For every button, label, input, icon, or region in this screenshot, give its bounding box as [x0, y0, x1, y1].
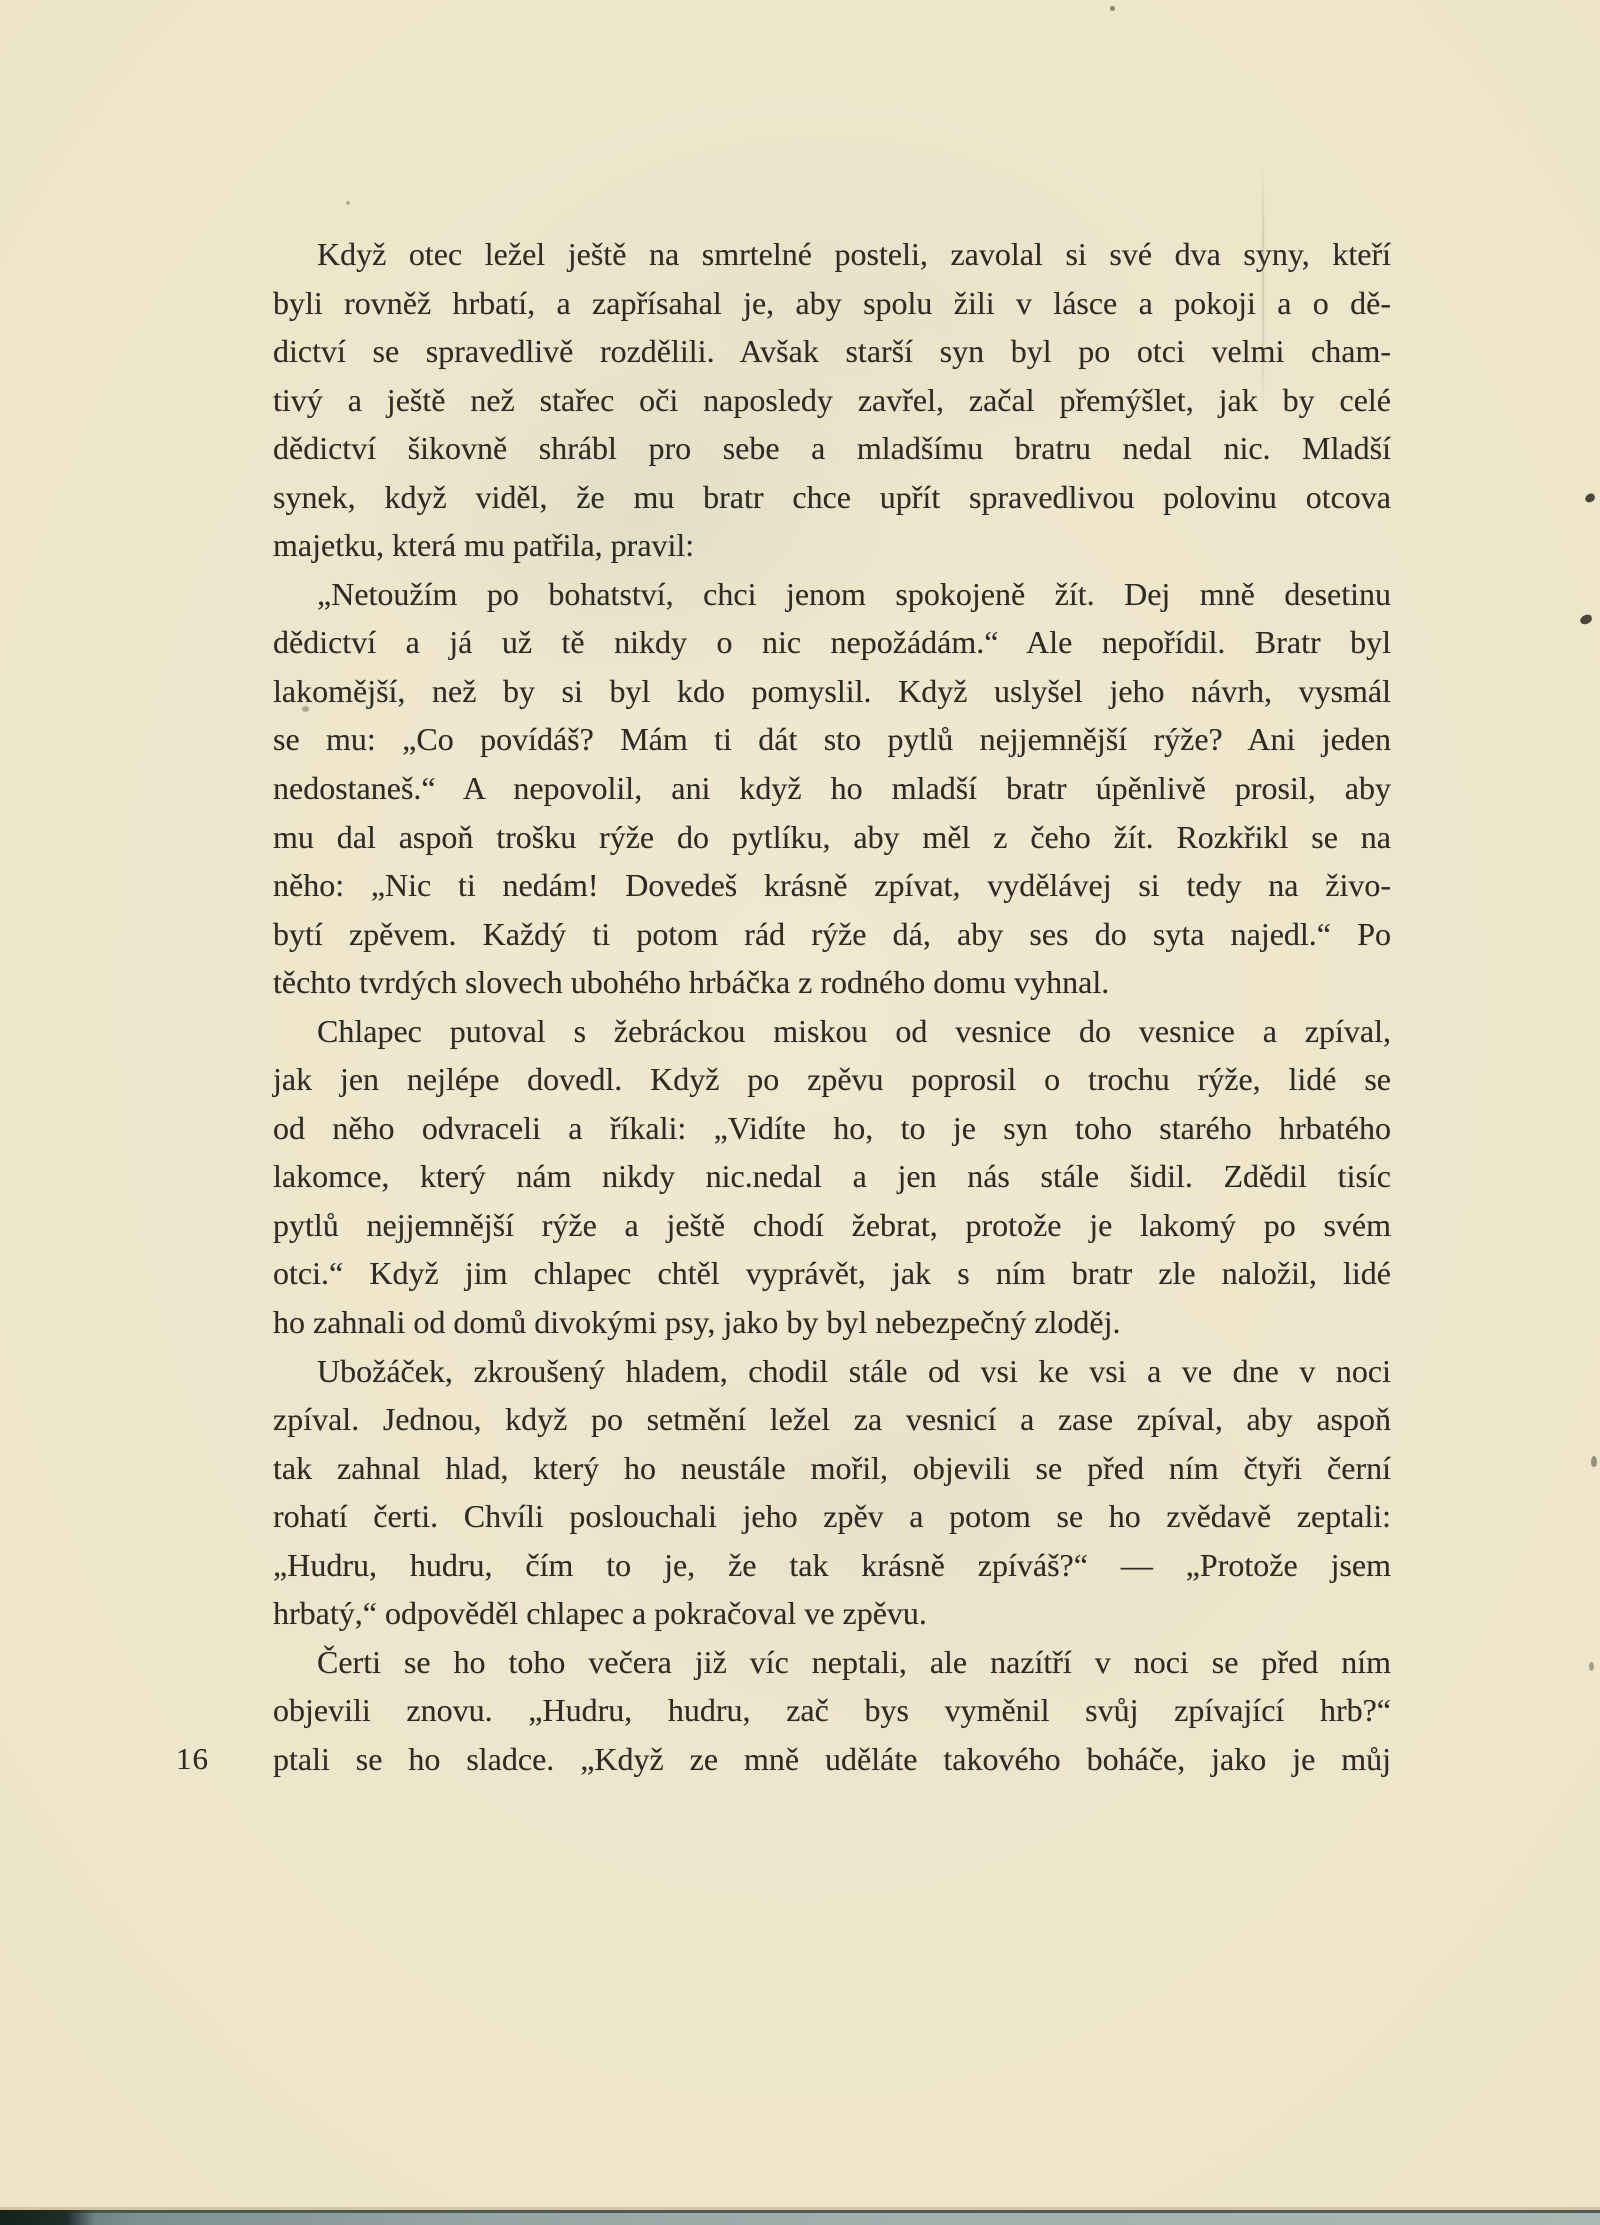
text-line: objevili znovu. „Hudru, hudru, zač bys v…: [273, 1686, 1391, 1735]
paper-speck: [302, 706, 309, 712]
text-line: jak jen nejlépe dovedl. Když po zpěvu po…: [273, 1055, 1391, 1104]
text-line: dictví se spravedlivě rozdělili. Avšak s…: [273, 327, 1391, 376]
text-line: dědictví šikovně shrábl pro sebe a mladš…: [273, 424, 1391, 473]
text-line: něho: „Nic ti nedám! Dovedeš krásně zpív…: [273, 861, 1391, 910]
text-line: hrbatý,“ odpověděl chlapec a pokračoval …: [273, 1589, 1391, 1638]
text-line: byli rovněž hrbatí, a zapřísahal je, aby…: [273, 279, 1391, 328]
text-line: pytlů nejjemnější rýže a ještě chodí žeb…: [273, 1201, 1391, 1250]
text-line: nedostaneš.“ A nepovolil, ani když ho ml…: [273, 764, 1391, 813]
text-line: „Netoužím po bohatství, chci jenom spoko…: [273, 570, 1391, 619]
text-line: zpíval. Jednou, když po setmění ležel za…: [273, 1395, 1391, 1444]
text-line: Chlapec putoval s žebráckou miskou od ve…: [273, 1007, 1391, 1056]
text-line: synek, když viděl, že mu bratr chce upří…: [273, 473, 1391, 522]
text-line: mu dal aspoň trošku rýže do pytlíku, aby…: [273, 813, 1391, 862]
text-line: „Hudru, hudru, čím to je, že tak krásně …: [273, 1541, 1391, 1590]
page-number: 16: [176, 1741, 209, 1777]
paper-crease: [1262, 165, 1264, 420]
text-line: Ubožáček, zkroušený hladem, chodil stále…: [273, 1347, 1391, 1396]
text-line: se mu: „Co povídáš? Mám ti dát sto pytlů…: [273, 715, 1391, 764]
text-line: Čerti se ho toho večera již víc neptali,…: [273, 1638, 1391, 1687]
paper-speck: [346, 201, 350, 205]
text-line: tak zahnal hlad, který ho neustále mořil…: [273, 1444, 1391, 1493]
text-line: těchto tvrdých slovech ubohého hrbáčka z…: [273, 958, 1391, 1007]
text-line: od něho odvraceli a říkali: „Vidíte ho, …: [273, 1104, 1391, 1153]
paper-speck: [1589, 1662, 1594, 1671]
scan-edge-strip: [0, 2210, 1600, 2225]
text-line: tivý a ještě než stařec oči naposledy za…: [273, 376, 1391, 425]
text-line: otci.“ Když jim chlapec chtěl vyprávět, …: [273, 1249, 1391, 1298]
text-line: dědictví a já už tě nikdy o nic nepožádá…: [273, 618, 1391, 667]
paper-speck: [1591, 1456, 1597, 1467]
paper-speck: [1110, 6, 1115, 11]
text-line: lakomce, který nám nikdy nic.nedal a jen…: [273, 1152, 1391, 1201]
text-line: ho zahnali od domů divokými psy, jako by…: [273, 1298, 1391, 1347]
book-page: Když otec ležel ještě na smrtelné postel…: [0, 0, 1600, 2225]
paper-speck: [1584, 492, 1596, 503]
scan-edge-dark-corner: [0, 2210, 95, 2225]
text-line: lakomější, než by si byl kdo pomyslil. K…: [273, 667, 1391, 716]
text-line: bytí zpěvem. Každý ti potom rád rýže dá,…: [273, 910, 1391, 959]
text-line: Když otec ležel ještě na smrtelné postel…: [273, 230, 1391, 279]
text-line: rohatí čerti. Chvíli poslouchali jeho zp…: [273, 1492, 1391, 1541]
text-line: ptali se ho sladce. „Když ze mně uděláte…: [273, 1735, 1391, 1784]
page-text: Když otec ležel ještě na smrtelné postel…: [273, 230, 1391, 1784]
text-line: majetku, která mu patřila, pravil:: [273, 521, 1391, 570]
paper-speck: [1579, 614, 1593, 626]
